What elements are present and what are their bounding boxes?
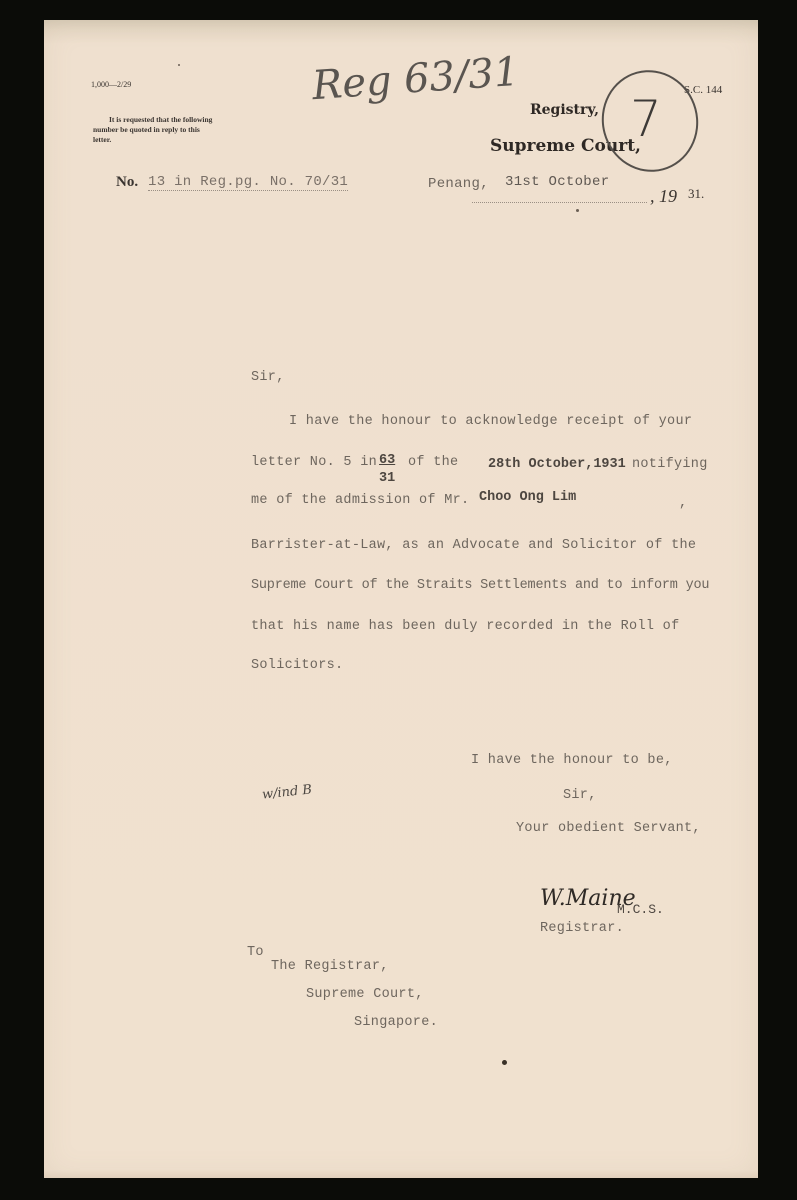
ref-fraction-num: 63 — [379, 453, 395, 468]
ink-speck — [502, 1060, 507, 1065]
place: Penang, — [428, 176, 489, 192]
reply-notice: It is requested that the following numbe… — [93, 115, 212, 145]
ref-value: 13 in Reg.pg. No. 70/31 — [148, 174, 348, 191]
body-line-3: me of the admission of Mr. — [251, 493, 469, 508]
print-code: 1,000—2/29 — [91, 80, 131, 89]
notice-line: letter. — [93, 135, 212, 145]
ref-label: No. — [116, 174, 138, 191]
addressee-line-2: Supreme Court, — [306, 987, 424, 1002]
office-registry: Registry, — [530, 102, 599, 118]
addressee-line-1: The Registrar, — [271, 959, 389, 974]
body-line-2b: of the — [408, 455, 458, 470]
signatory-title: Registrar. — [540, 921, 624, 936]
salutation: Sir, — [251, 370, 285, 385]
closing-line-2: Sir, — [563, 788, 597, 803]
year-prefix: , 19 — [650, 186, 677, 207]
ref-fraction-den: 31 — [379, 471, 395, 486]
notice-line: It is requested that the following — [93, 115, 212, 125]
ink-speck — [178, 64, 180, 66]
body-line-4: Barrister-at-Law, as an Advocate and Sol… — [251, 538, 696, 553]
notice-line: number be quoted in reply to this — [93, 125, 212, 135]
closing-line-3: Your obedient Servant, — [516, 821, 701, 836]
name-comma: , — [679, 496, 687, 511]
addressee-line-3: Singapore. — [354, 1015, 438, 1030]
letter-date: 31st October — [505, 174, 609, 190]
body-line-6: that his name has been duly recorded in … — [251, 619, 679, 634]
ink-speck — [576, 209, 579, 212]
closing-line-1: I have the honour to be, — [471, 753, 673, 768]
date-underline — [472, 202, 647, 203]
addressee-to: To — [247, 945, 264, 960]
ref-date: 28th October,1931 — [488, 457, 626, 472]
body-line-1: I have the honour to acknowledge receipt… — [289, 414, 692, 429]
body-line-2c: notifying — [632, 457, 708, 472]
advocate-name: Choo Ong Lim — [479, 490, 576, 505]
body-line-7: Solicitors. — [251, 658, 343, 673]
signature-suffix: M.C.S. — [617, 902, 664, 917]
body-line-2a: letter No. 5 in — [251, 455, 377, 470]
body-line-5: Supreme Court of the Straits Settlements… — [251, 578, 709, 593]
year-suffix: 31. — [688, 186, 704, 202]
circled-number: 7 — [630, 90, 662, 148]
